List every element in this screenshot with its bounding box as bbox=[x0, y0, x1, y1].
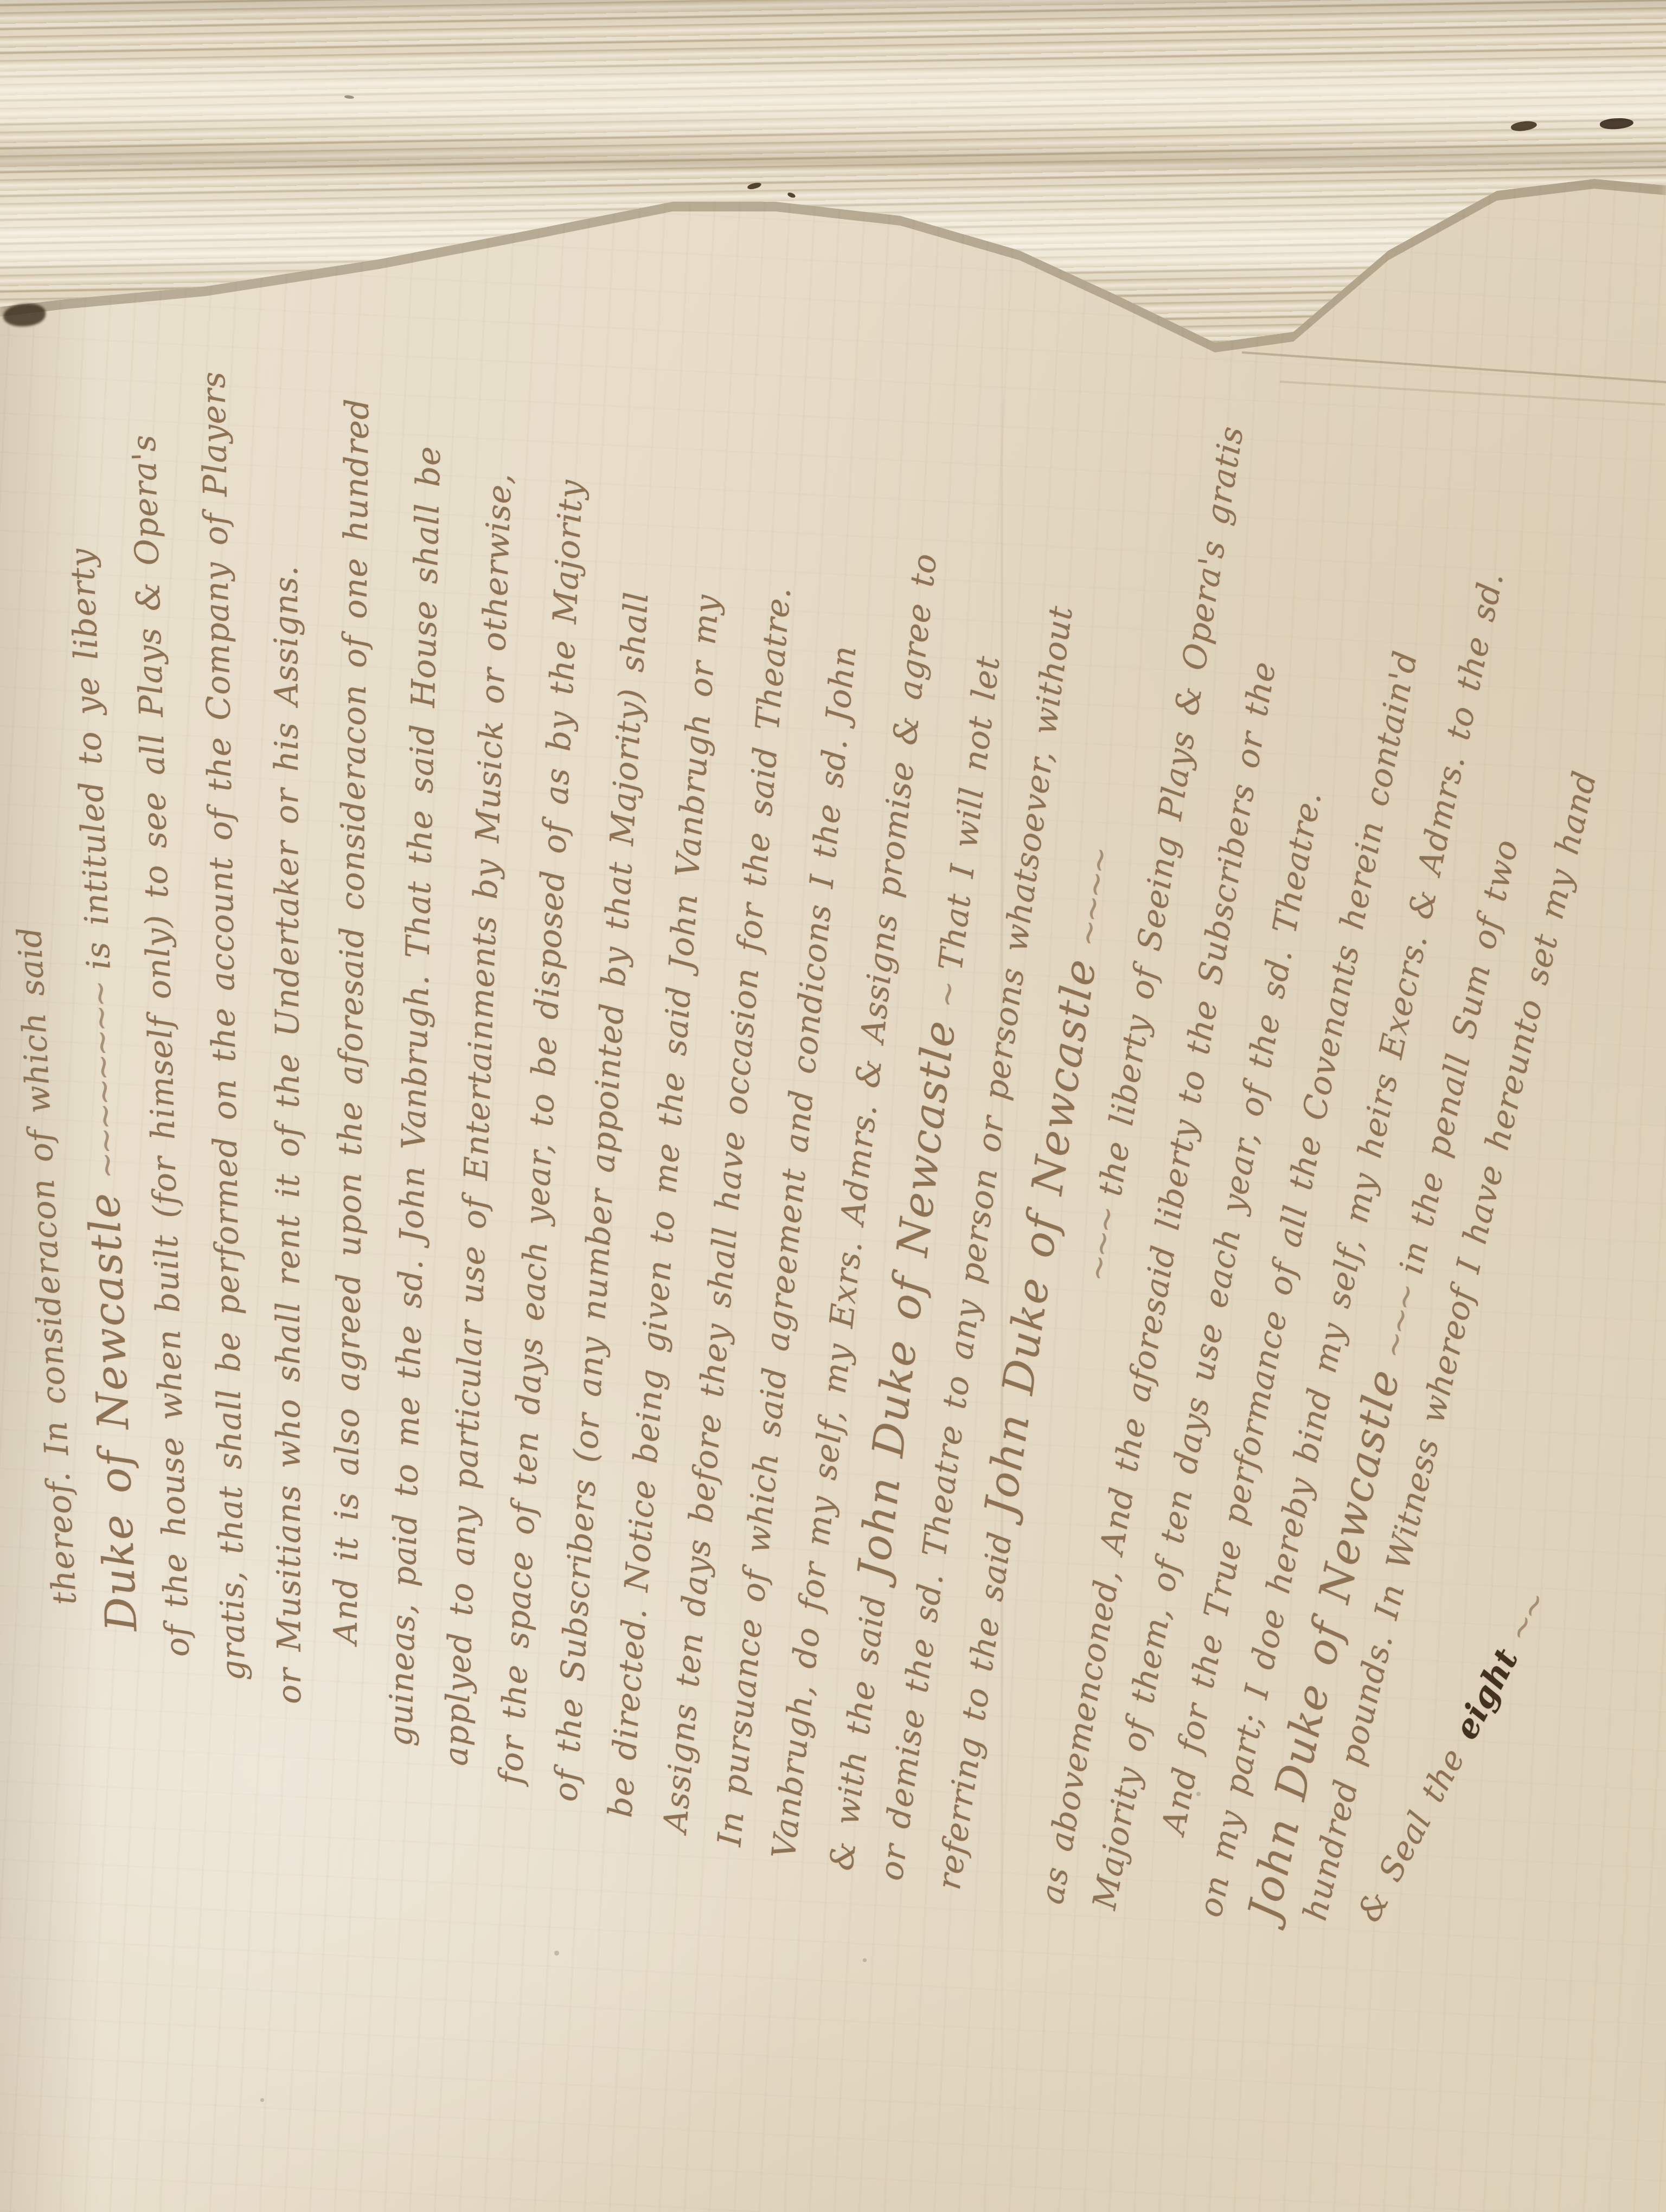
paper-speck bbox=[554, 1951, 559, 1956]
manuscript-segment: Duke of Newcastle bbox=[79, 1191, 146, 1632]
paper-speck bbox=[260, 2098, 264, 2102]
manuscript-segment: is intituled to ye liberty bbox=[63, 548, 118, 970]
ink-stain bbox=[747, 182, 762, 191]
manuscript-line: guineas, paid to me the sd. John Vanbrug… bbox=[382, 446, 448, 1747]
handwritten-text: thereof. In consideracon of which saidDu… bbox=[0, 0, 1666, 2212]
manuscript-segment: eight bbox=[1447, 1642, 1526, 1745]
manuscript-segment: That I will not let bbox=[932, 654, 1008, 973]
manuscript-segment: or Musitians who shall rent it of the Un… bbox=[267, 565, 309, 1704]
ink-stain bbox=[1599, 117, 1634, 130]
manuscript-segment: ~~~~~~~~ bbox=[80, 969, 127, 1193]
manuscript-line: And it is also agreed upon the aforesaid… bbox=[326, 398, 376, 1726]
manuscript-segment: ~ bbox=[926, 968, 970, 1023]
paper-speck bbox=[1196, 1792, 1201, 1796]
manuscript-segment: gratis, that shall be performed on the a… bbox=[195, 371, 253, 1681]
ink-stain bbox=[344, 95, 354, 99]
manuscript-segment: ~~~ bbox=[1078, 1193, 1129, 1284]
manuscript-segment: ~~~ bbox=[1370, 1269, 1429, 1375]
manuscript-segment: guineas, paid to me the sd. John Vanbrug… bbox=[382, 446, 448, 1747]
ink-stain bbox=[787, 192, 796, 198]
manuscript-segment: And it is also agreed upon the aforesaid… bbox=[327, 398, 377, 1644]
ink-stain bbox=[1510, 119, 1537, 132]
manuscript-segment: ~~~~ bbox=[1066, 847, 1120, 962]
manuscript-line: or Musitians who shall rent it of the Un… bbox=[267, 565, 309, 1704]
paper-speck bbox=[863, 1958, 867, 1962]
manuscript-photo: thereof. In consideracon of which saidDu… bbox=[0, 0, 1666, 2212]
manuscript-line: gratis, that shall be performed on the a… bbox=[195, 371, 253, 1681]
